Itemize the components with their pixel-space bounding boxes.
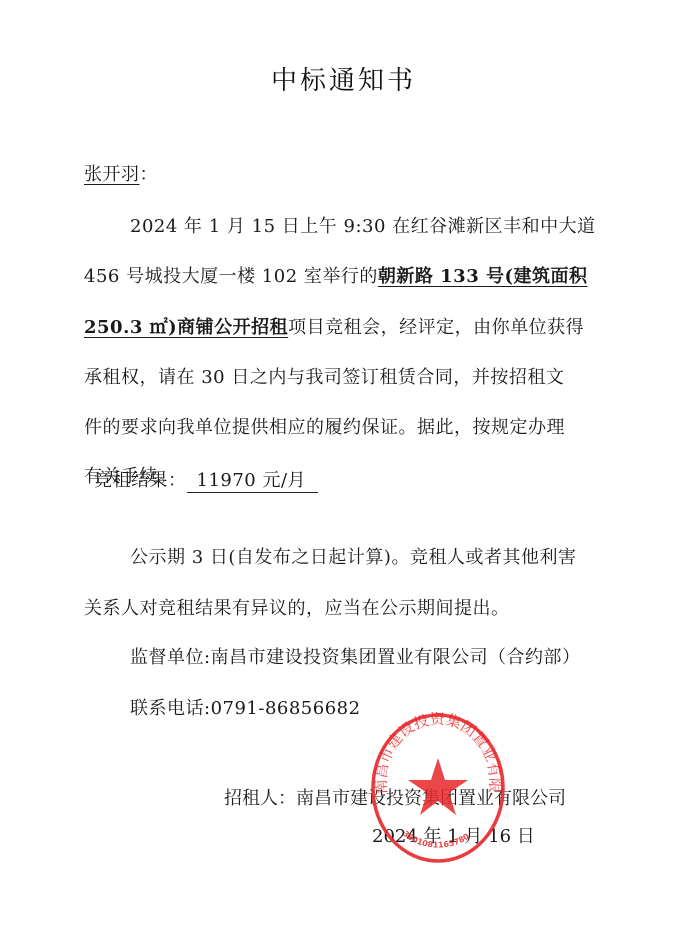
notice-line-2: 关系人对竞租结果有异议的，应当在公示期间提出。	[84, 594, 510, 620]
paragraph-line-1: 2024 年 1 月 15 日上午 9:30 在红谷滩新区丰和中大道	[130, 212, 596, 238]
result-label: 竞租结果：	[94, 470, 187, 491]
date-line: 2024 年 1 月 16 日	[372, 822, 535, 848]
recipient-name: 张开羽	[84, 164, 140, 185]
paragraph-line-5: 件的要求向我单位提供相应的履约保证。据此，按规定办理	[84, 413, 565, 439]
venue-text: 456 号城投大厦一楼 102 室举行的	[84, 266, 378, 287]
recipient-colon: ：	[140, 164, 159, 185]
recipient-line: 张开羽：	[84, 160, 158, 186]
award-text: 项目竞租会，经评定，由你单位获得	[288, 317, 584, 338]
result-value: 11970 元/月	[187, 470, 319, 493]
page-title: 中标通知书	[0, 60, 687, 97]
document-page: 中标通知书 张开羽： 2024 年 1 月 15 日上午 9:30 在红谷滩新区…	[0, 0, 687, 929]
supervisor-line: 监督单位:南昌市建设投资集团置业有限公司（合约部）	[130, 643, 581, 669]
paragraph-line-3: 250.3 ㎡)商铺公开招租项目竞租会，经评定，由你单位获得	[84, 313, 584, 339]
signer-line: 招租人：南昌市建设投资集团置业有限公司	[224, 784, 566, 810]
notice-line-1: 公示期 3 日(自发布之日起计算)。竞租人或者其他利害	[130, 543, 576, 569]
paragraph-line-4: 承租权，请在 30 日之内与我司签订租赁合同，并按招租文	[84, 363, 564, 389]
project-name-part1: 朝新路 133 号(建筑面积	[378, 266, 588, 287]
project-name-part2: 250.3 ㎡)商铺公开招租	[84, 317, 288, 338]
svg-text:南昌市建设投资集团置业有限公司: 南昌市建设投资集团置业有限公司	[370, 712, 504, 795]
contact-line: 联系电话:0791-86856682	[130, 694, 361, 720]
paragraph-line-2: 456 号城投大厦一楼 102 室举行的朝新路 133 号(建筑面积	[84, 262, 588, 288]
result-row: 竞租结果：11970 元/月	[94, 466, 318, 493]
